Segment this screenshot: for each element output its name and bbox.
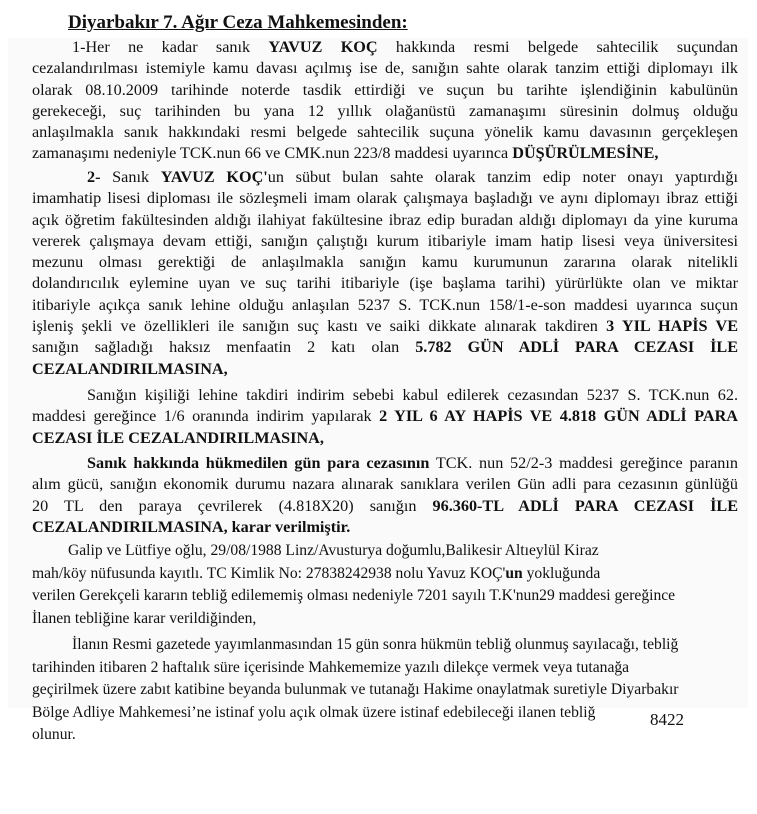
text-line: 2- Sanık YAVUZ KOÇ'un sübut bulan sahte …: [32, 167, 738, 188]
text-line: zamanaşımı nedeniyle TCK.nun 66 ve CMK.n…: [32, 143, 738, 164]
text-line: anlaşılmakla sanık hakkındaki resmi belg…: [32, 122, 738, 143]
text-line: olarak 08.10.2009 tarihinde noterde tasd…: [32, 80, 738, 101]
text-line: açık öğretim fakültesinden aldığı ilahiy…: [32, 210, 738, 231]
paragraph-appeal-notice: İlanın Resmi gazetede yayımlanmasından 1…: [32, 634, 752, 747]
text-line: İlanın Resmi gazetede yayımlanmasından 1…: [32, 634, 752, 657]
text-line: 20 TL den paraya çevrilerek (4.818X20) s…: [32, 496, 738, 517]
text-line: Galip ve Lütfiye oğlu, 29/08/1988 Linz/A…: [32, 540, 692, 563]
text-line: alım gücü, sanığın ekonomik durumu nazar…: [32, 474, 738, 495]
text-line: olunur.: [32, 724, 752, 747]
text-line: Sanık hakkında hükmedilen gün para cezas…: [32, 453, 738, 474]
court-title: Diyarbakır 7. Ağır Ceza Mahkemesinden:: [68, 12, 408, 34]
text-line: vererek çalışmaya devam ettiği, sanığın …: [32, 231, 738, 252]
text-line: verilen Gerekçeli kararın tebliğ edileme…: [32, 585, 692, 608]
text-line: CEZALANDIRILMASINA, karar verilmiştir.: [32, 517, 738, 538]
text-line: İlanen tebliğine karar verildiğinden,: [32, 608, 692, 631]
text-line: imamhatip lisesi diploması ile sözleşmel…: [32, 188, 738, 209]
text-line: tarihinden itibaren 2 haftalık süre içer…: [32, 657, 752, 680]
text-line: CEZASI İLE CEZALANDIRILMASINA,: [32, 428, 738, 449]
text-line: dolandırıcılık eylemine uyan ve suç tari…: [32, 273, 738, 294]
text-line: Sanığın kişiliği lehine takdiri indirim …: [32, 385, 738, 406]
text-line: 1-Her ne kadar sanık YAVUZ KOÇ hakkında …: [32, 37, 738, 58]
text-line: mezunu olması gerektiği de anlaşılmakla …: [32, 252, 738, 273]
text-line: maddesi gereğince 1/6 oranında indirim y…: [32, 406, 738, 427]
paragraph-dismissal: 1-Her ne kadar sanık YAVUZ KOÇ hakkında …: [32, 37, 738, 165]
paragraph-conviction: 2- Sanık YAVUZ KOÇ'un sübut bulan sahte …: [32, 167, 738, 380]
page-number: 8422: [650, 710, 684, 730]
text-line: CEZALANDIRILMASINA,: [32, 359, 738, 380]
text-line: gerekeceği, suç tarihinden bu yana 12 yı…: [32, 101, 738, 122]
text-line: işleniş şekli ve özellikleri ile sanığın…: [32, 316, 738, 337]
text-line: Bölge Adliye Mahkemesi’ne istinaf yolu a…: [32, 702, 752, 725]
text-line: mah/köy nüfusunda kayıtlı. TC Kimlik No:…: [32, 563, 692, 586]
text-line: itibariyle açıkça sanık lehine olduğu an…: [32, 295, 738, 316]
text-line: geçirilmek üzere zabıt katibine beyanda …: [32, 679, 752, 702]
paragraph-identity: Galip ve Lütfiye oğlu, 29/08/1988 Linz/A…: [32, 540, 692, 630]
paragraph-fine-conversion: Sanık hakkında hükmedilen gün para cezas…: [32, 453, 738, 538]
text-line: cezalandırılması istemiyle kamu davası a…: [32, 58, 738, 79]
text-line: sanığın sağladığı haksız menfaatin 2 kat…: [32, 337, 738, 358]
paragraph-reduction: Sanığın kişiliği lehine takdiri indirim …: [32, 385, 738, 449]
